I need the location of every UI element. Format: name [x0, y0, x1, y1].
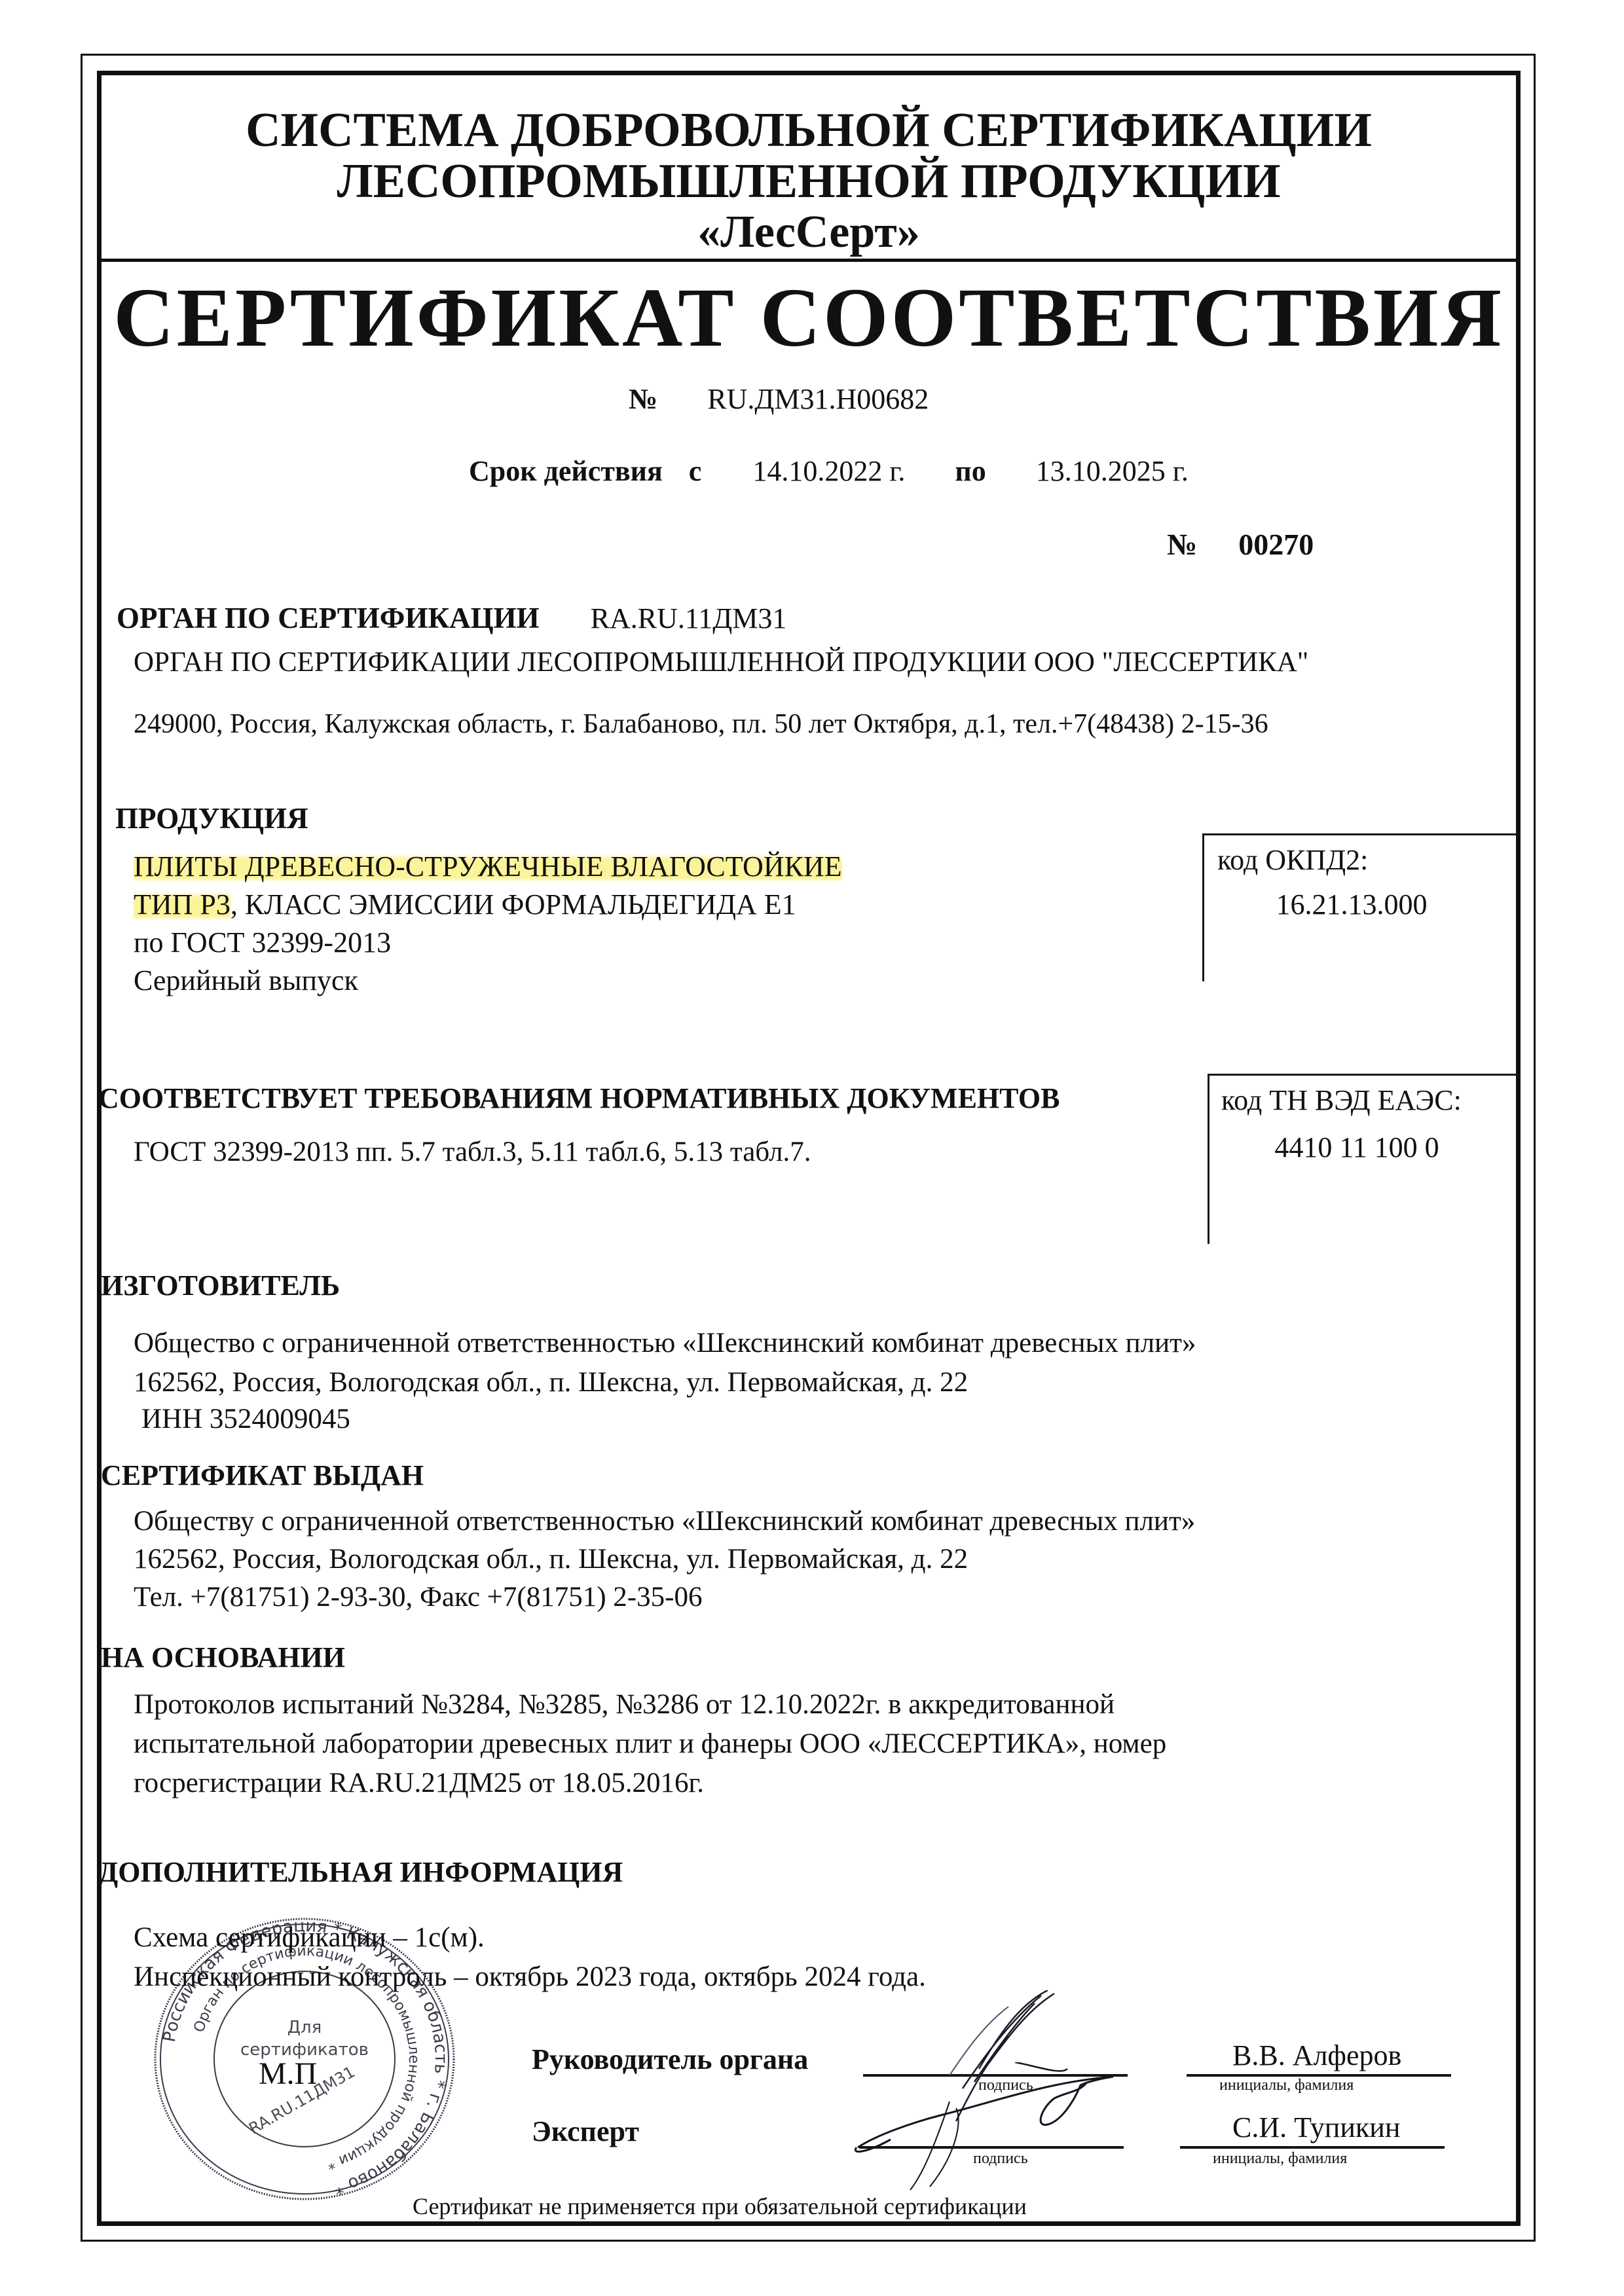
system-title-line1: СИСТЕМА ДОБРОВОЛЬНОЙ СЕРТИФИКАЦИИ [97, 105, 1521, 156]
manufacturer-heading: ИЗГОТОВИТЕЛЬ [101, 1267, 340, 1304]
basis-heading: НА ОСНОВАНИИ [101, 1639, 345, 1676]
issued-to-contacts: Тел. +7(81751) 2-93-30, Факс +7(81751) 2… [134, 1579, 702, 1616]
product-standard: по ГОСТ 32399-2013 [134, 924, 391, 961]
expert-signature-icon [851, 2062, 1310, 2193]
tnved-box: код ТН ВЭД ЕАЭС: 4410 11 100 0 [1208, 1074, 1520, 1244]
validity-row: Срок действия с 14.10.2022 г. по 13.10.2… [469, 453, 1189, 490]
head-role-label: Руководитель органа [532, 2041, 808, 2078]
cert-body-heading: ОРГАН ПО СЕРТИФИКАЦИИ [117, 602, 540, 634]
footer-note: Сертификат не применяется при обязательн… [413, 2188, 1027, 2225]
cert-body-name: ОРГАН ПО СЕРТИФИКАЦИИ ЛЕСОПРОМЫШЛЕННОЙ П… [134, 644, 1308, 681]
stamp-mp-label: М.П [259, 2056, 317, 2092]
product-production-type: Серийный выпуск [134, 962, 358, 999]
conformity-standards: ГОСТ 32399-2013 пп. 5.7 табл.3, 5.11 таб… [134, 1134, 811, 1171]
manufacturer-address: 162562, Россия, Вологодская обл., п. Шек… [134, 1364, 968, 1401]
tnved-value: 4410 11 100 0 [1209, 1131, 1504, 1164]
product-line1: ПЛИТЫ ДРЕВЕСНО-СТРУЖЕЧНЫЕ ВЛАГОСТОЙКИЕ [134, 848, 842, 885]
registration-number-row: № RU.ДМ31.Н00682 [629, 381, 929, 418]
cert-body-address: 249000, Россия, Калужская область, г. Ба… [134, 706, 1268, 742]
valid-to-date: 13.10.2025 г. [1036, 455, 1189, 487]
document-title: СЕРТИФИКАТ СООТВЕТСТВИЯ [97, 268, 1521, 367]
stamp-center-line1: Для [287, 2018, 322, 2037]
manufacturer-inn: ИНН 3524009045 [141, 1401, 350, 1438]
product-name-highlight: ПЛИТЫ ДРЕВЕСНО-СТРУЖЕЧНЫЕ ВЛАГОСТОЙКИЕ [134, 850, 842, 883]
issued-to-address: 162562, Россия, Вологодская обл., п. Шек… [134, 1541, 968, 1578]
number-sign: № [629, 383, 657, 415]
certification-scheme: Схема сертификации – 1с(м). [134, 1920, 485, 1956]
inspection-control: Инспекционный контроль – октябрь 2023 го… [134, 1959, 926, 1995]
basis-line1: Протоколов испытаний №3284, №3285, №3286… [134, 1686, 1115, 1723]
validity-to-label: по [955, 455, 986, 487]
certification-system-title: СИСТЕМА ДОБРОВОЛЬНОЙ СЕРТИФИКАЦИИ ЛЕСОПР… [97, 105, 1521, 258]
conformity-heading: СООТВЕТСТВУЕТ ТРЕБОВАНИЯМ НОРМАТИВНЫХ ДО… [98, 1080, 1060, 1117]
issued-to-name: Обществу с ограниченной ответственностью… [134, 1503, 1195, 1540]
manufacturer-name: Общество с ограниченной ответственностью… [134, 1325, 1196, 1362]
header-divider [97, 259, 1521, 262]
cert-body-heading-row: ОРГАН ПО СЕРТИФИКАЦИИ RA.RU.11ДМ31 [117, 600, 786, 637]
blank-number: 00270 [1238, 528, 1314, 561]
additional-info-heading: ДОПОЛНИТЕЛЬНАЯ ИНФОРМАЦИЯ [98, 1854, 623, 1891]
system-title-line2: ЛЕСОПРОМЫШЛЕННОЙ ПРОДУКЦИИ [97, 156, 1521, 207]
validity-label: Срок действия [469, 455, 663, 487]
tnved-label: код ТН ВЭД ЕАЭС: [1221, 1084, 1462, 1117]
cert-body-accreditation-id: RA.RU.11ДМ31 [591, 602, 787, 634]
blank-number-row: № 00270 [1167, 526, 1314, 563]
valid-from-date: 14.10.2022 г. [752, 455, 905, 487]
product-emission-class: , КЛАСС ЭМИССИИ ФОРМАЛЬДЕГИДА Е1 [231, 888, 796, 920]
expert-role-label: Эксперт [532, 2113, 639, 2150]
issued-to-heading: СЕРТИФИКАТ ВЫДАН [101, 1457, 424, 1494]
system-brand: «ЛесСерт» [97, 207, 1521, 258]
basis-line2: испытательной лаборатории древесных плит… [134, 1726, 1166, 1762]
product-type-highlight: ТИП Р3 [134, 888, 231, 920]
okpd2-value: 16.21.13.000 [1204, 888, 1499, 921]
product-heading: ПРОДУКЦИЯ [115, 800, 308, 837]
okpd2-label: код ОКПД2: [1217, 843, 1368, 877]
product-line2: ТИП Р3, КЛАСС ЭМИССИИ ФОРМАЛЬДЕГИДА Е1 [134, 886, 796, 923]
blank-number-sign: № [1167, 528, 1197, 561]
certificate-number: RU.ДМ31.Н00682 [707, 383, 929, 415]
validity-from-label: с [689, 455, 702, 487]
basis-line3: госрегистрации RA.RU.21ДМ25 от 18.05.201… [134, 1765, 704, 1802]
okpd2-box: код ОКПД2: 16.21.13.000 [1202, 833, 1520, 981]
